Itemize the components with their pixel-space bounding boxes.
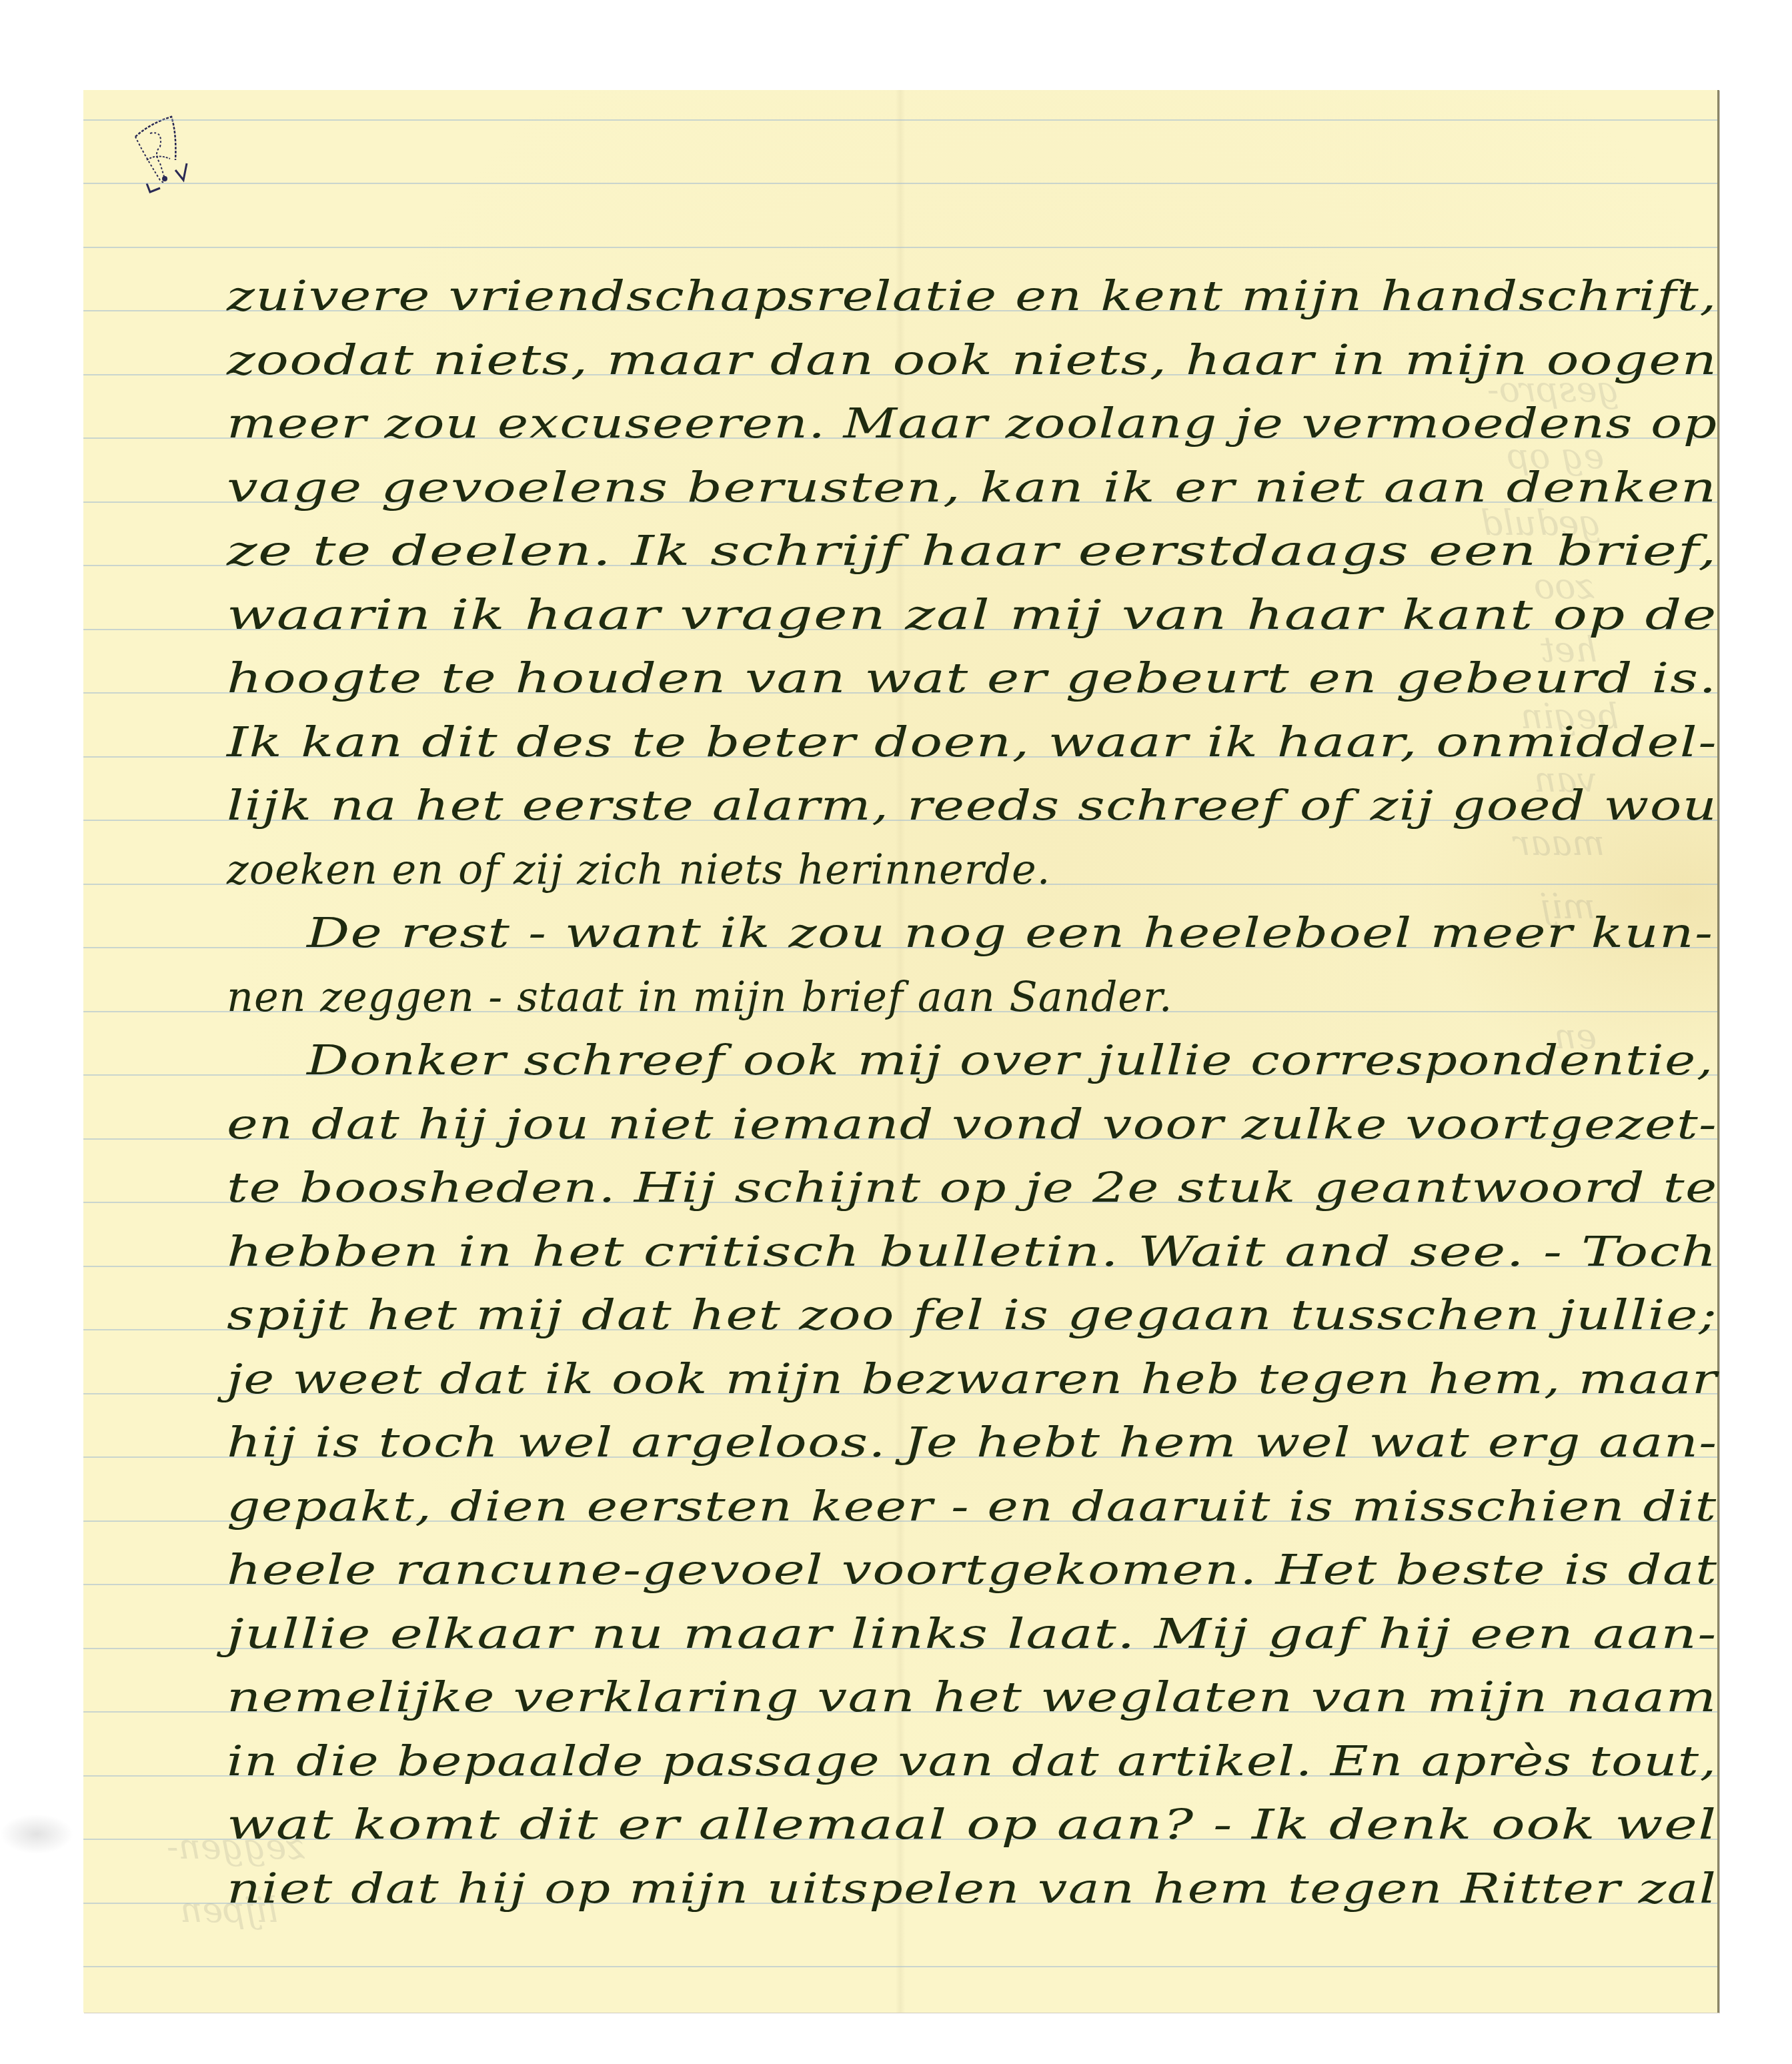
archive-stamp-icon xyxy=(123,113,197,193)
letter-line: hebben in het critisch bulletin. Wait an… xyxy=(227,1231,1717,1272)
letter-line: spijt het mij dat het zoo fel is gegaan … xyxy=(227,1294,1718,1336)
ruled-line xyxy=(83,119,1717,121)
letter-line: zuivere vriendschapsrelatie en kent mijn… xyxy=(227,275,1717,317)
letter-line: Ik kan dit des te beter doen, waar ik ha… xyxy=(227,722,1717,763)
letter-line: nemelijke verklaring van het weglaten va… xyxy=(227,1677,1717,1718)
letter-line: wat komt dit er allemaal op aan? - Ik de… xyxy=(227,1804,1717,1845)
letter-line: De rest - want ik zou nog een heeleboel … xyxy=(307,912,1713,954)
letter-line: zoodat niets, maar dan ook niets, haar i… xyxy=(227,339,1717,381)
ruled-line xyxy=(83,183,1717,184)
letter-line: jullie elkaar nu maar links laat. Mij ga… xyxy=(227,1613,1717,1655)
letter-line: hoogte te houden van wat er gebeurt en g… xyxy=(227,658,1717,699)
letter-line: niet dat hij op mijn uitspelen van hem t… xyxy=(227,1868,1717,1909)
ruled-line xyxy=(83,1966,1717,1967)
letter-line: nen zeggen - staat in mijn brief aan San… xyxy=(227,976,1173,1018)
letter-line: lijk na het eerste alarm, reeds schreef … xyxy=(227,785,1717,826)
letter-line: waarin ik haar vragen zal mij van haar k… xyxy=(227,594,1717,636)
letter-line: ze te deelen. Ik schrijf haar eerstdaags… xyxy=(227,530,1717,572)
letter-line: zoeken en of zij zich niets herinnerde. xyxy=(227,849,1050,890)
letter-line: Donker schreef ook mij over jullie corre… xyxy=(307,1040,1714,1081)
letter-line: in die bepaalde passage van dat artikel.… xyxy=(227,1741,1717,1782)
letter-line: te boosheden. Hij schijnt op je 2e stuk … xyxy=(227,1167,1718,1208)
letter-line: je weet dat ik ook mijn bezwaren heb teg… xyxy=(227,1358,1717,1400)
letter-line: heele rancune-gevoel voortgekomen. Het b… xyxy=(227,1549,1718,1591)
letter-line: en dat hij jou niet iemand vond voor zul… xyxy=(227,1104,1717,1145)
letter-line: vage gevoelens berusten, kan ik er niet … xyxy=(227,467,1717,508)
letter-line: hij is toch wel argeloos. Je hebt hem we… xyxy=(227,1422,1718,1463)
ruled-line xyxy=(83,247,1717,248)
letter-page: gespro-eg opgeduldzoohetbeginvanmaarmije… xyxy=(83,90,1719,2013)
scan-smudge xyxy=(0,1814,73,1854)
bleed-through-word: maar xyxy=(1514,824,1605,864)
letter-line: gepakt, dien eersten keer - en daaruit i… xyxy=(227,1486,1717,1527)
letter-line: meer zou excuseeren. Maar zoolang je ver… xyxy=(227,403,1717,444)
